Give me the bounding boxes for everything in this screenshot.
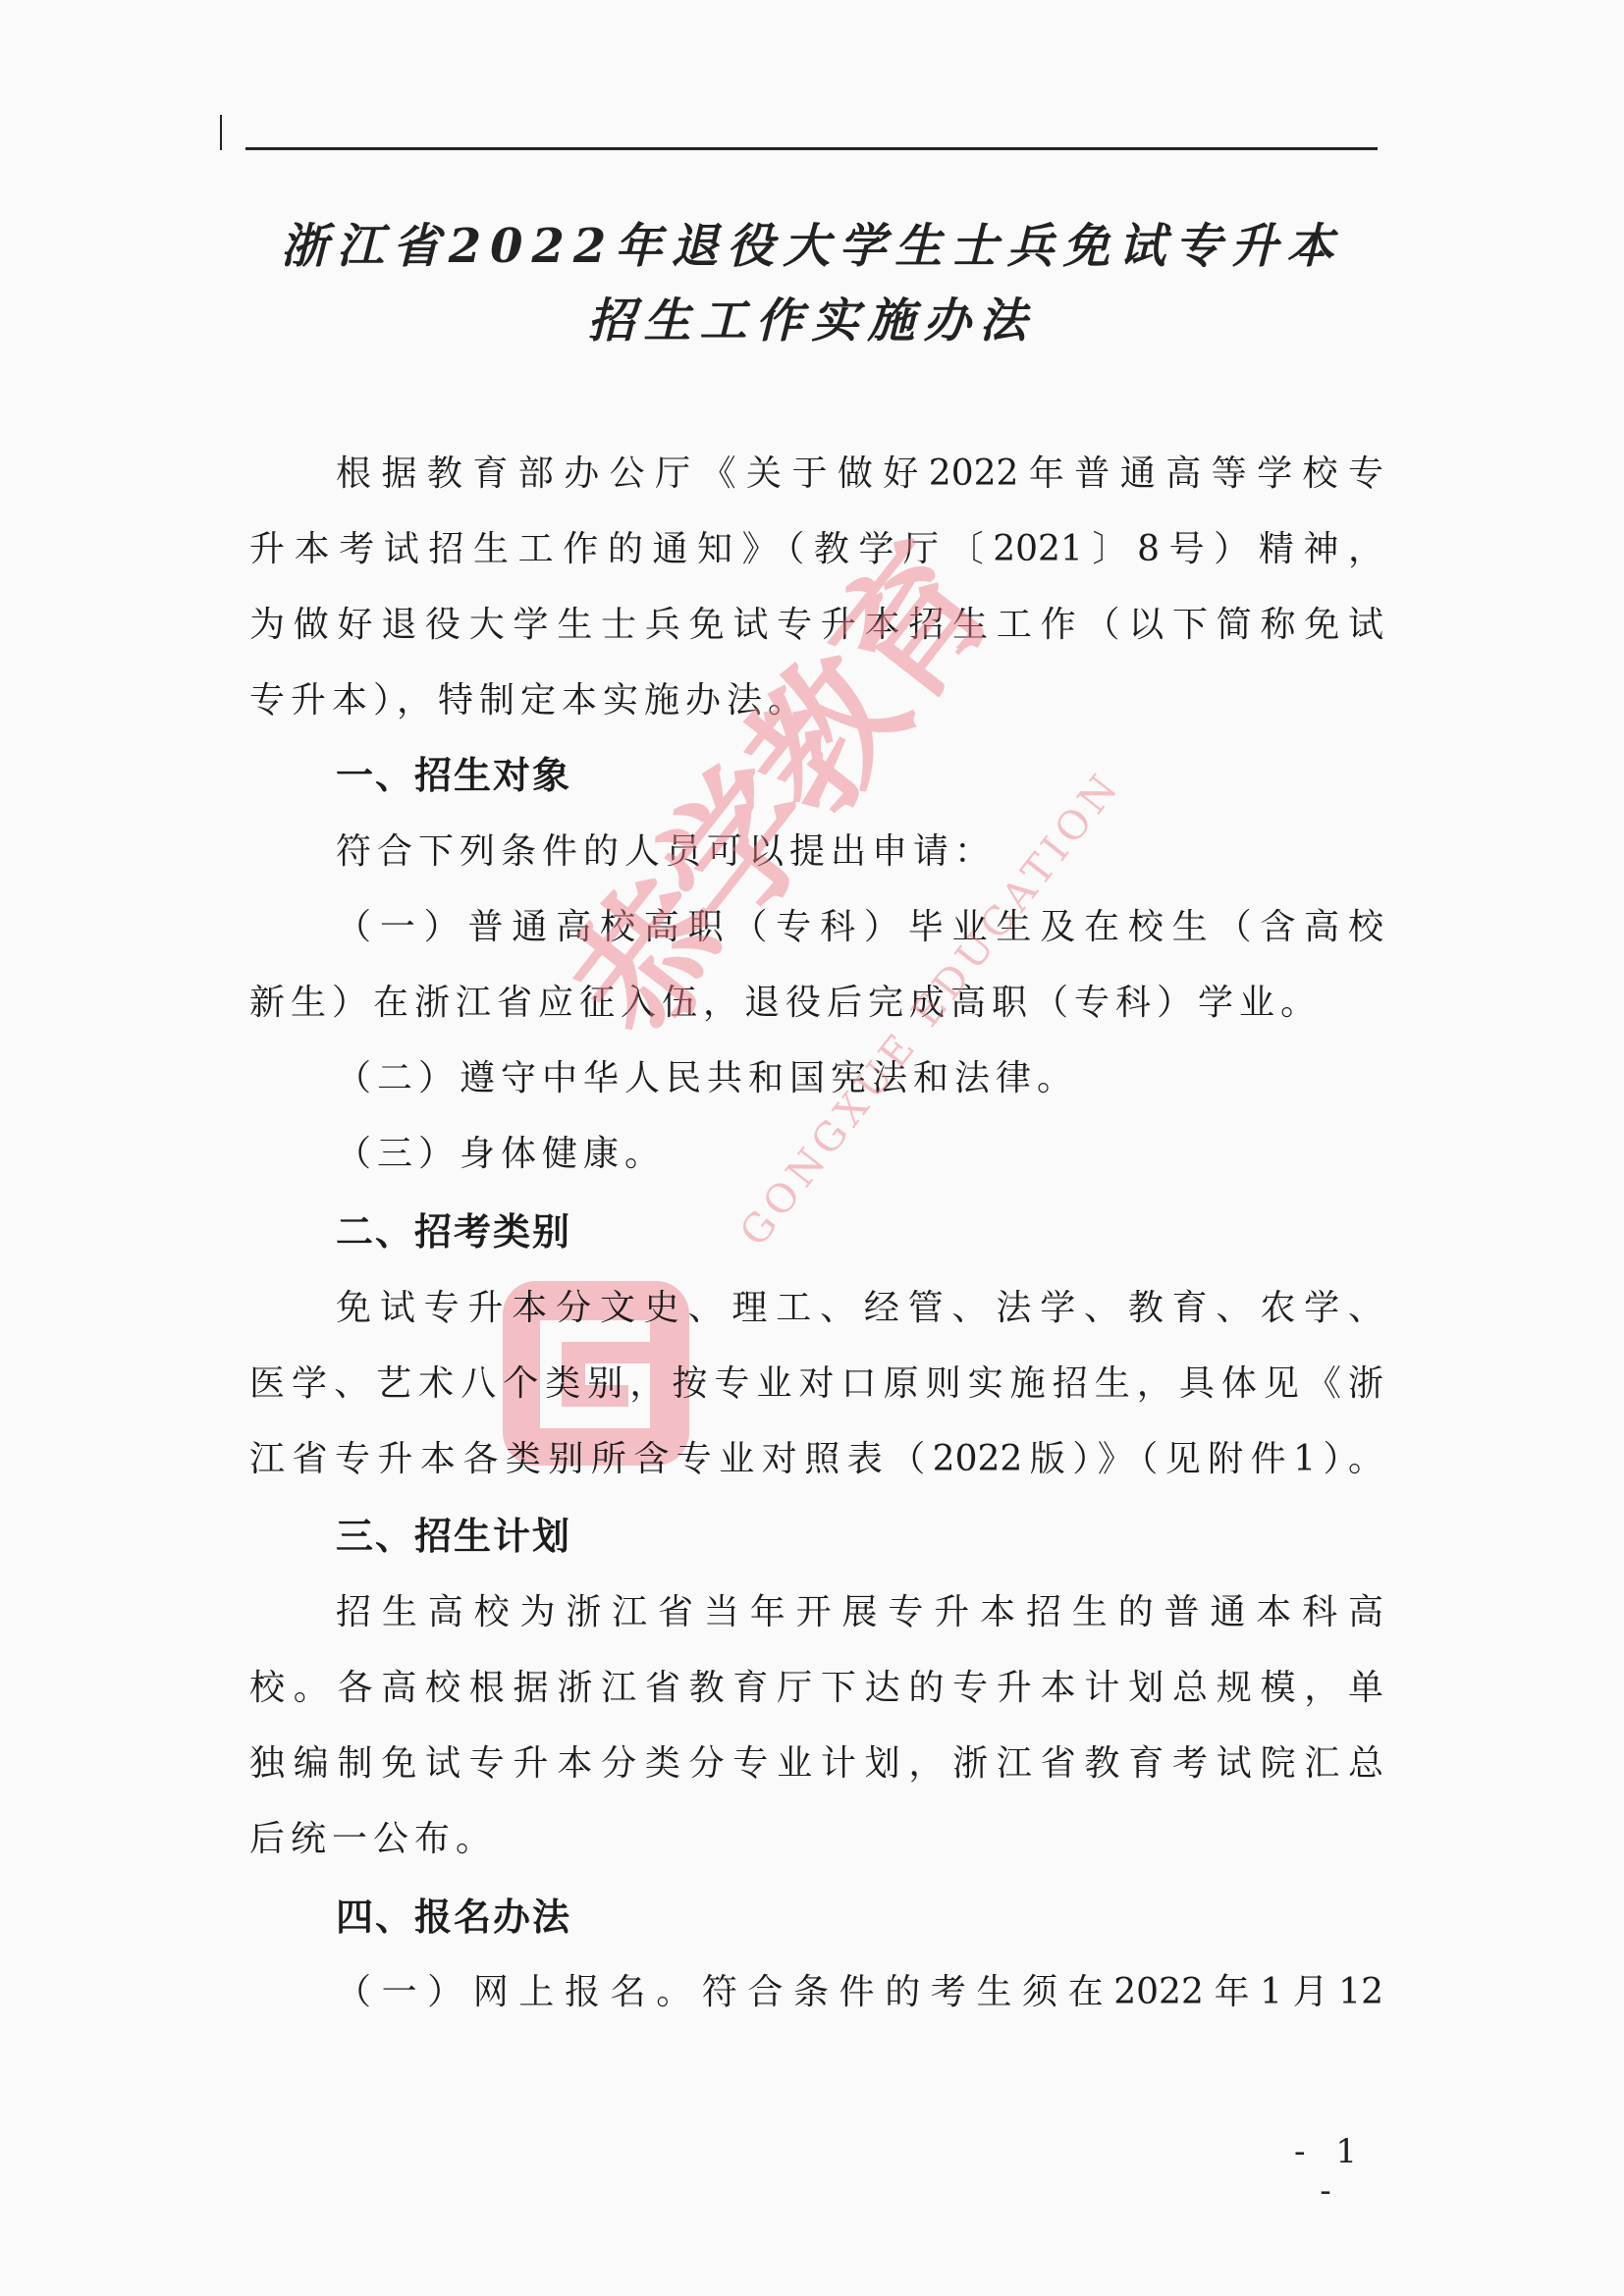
section-3-line-3: 独编制免试专升本分类分专业计划，浙江省教育考试院汇总: [249, 1742, 1383, 1786]
section-2-line-1: 免试专升本分文史、理工、经管、法学、教育、农学、: [336, 1287, 1383, 1330]
page-number: - 1 -: [1276, 2132, 1384, 2211]
section-heading-3: 三、招生计划: [336, 1514, 571, 1559]
section-heading-2: 二、招考类别: [336, 1209, 571, 1255]
section-1-line-1: 符合下列条件的人员可以提出申请：: [336, 830, 1383, 874]
section-1-line-4: （二）遵守中华人民共和国宪法和法律。: [336, 1057, 1383, 1100]
document-title-line-2: 招生工作实施办法: [245, 283, 1378, 350]
section-2-line-2: 医学、艺术八个类别，按专业对口原则实施招生，具体见《浙: [249, 1362, 1383, 1406]
section-heading-1: 一、招生对象: [336, 753, 571, 798]
section-4-line-1: （一）网上报名。符合条件的考生须在2022年1月12: [336, 1971, 1383, 2014]
document-title-line-1: 浙江省2022年退役大学生士兵免试专升本: [245, 208, 1378, 276]
section-1-line-3: 新生）在浙江省应征入伍，退役后完成高职（专科）学业。: [249, 982, 1383, 1025]
section-3-line-4: 后统一公布。: [249, 1818, 1383, 1861]
section-2-line-3: 江省专升本各类别所含专业对照表（2022版）》（见附件1）。: [249, 1438, 1383, 1481]
section-3-line-2: 校。各高校根据浙江省教育厅下达的专升本计划总规模，单: [249, 1667, 1383, 1710]
intro-line-3: 为做好退役大学生士兵免试专升本招生工作（以下简称免试: [249, 604, 1383, 647]
section-heading-4: 四、报名办法: [336, 1895, 571, 1940]
header-rule: [245, 147, 1378, 150]
intro-line-1: 根据教育部办公厅《关于做好2022年普通高等学校专: [336, 453, 1383, 496]
section-1-line-5: （三）身体健康。: [336, 1133, 1383, 1176]
corner-mark: [220, 115, 222, 150]
intro-line-2: 升本考试招生工作的通知》（教学厅〔2021〕8号）精神，: [249, 528, 1383, 571]
section-3-line-1: 招生高校为浙江省当年开展专升本招生的普通本科高: [336, 1591, 1383, 1634]
intro-line-4: 专升本），特制定本实施办法。: [249, 679, 1383, 722]
section-1-line-2: （一）普通高校高职（专科）毕业生及在校生（含高校: [336, 906, 1383, 949]
